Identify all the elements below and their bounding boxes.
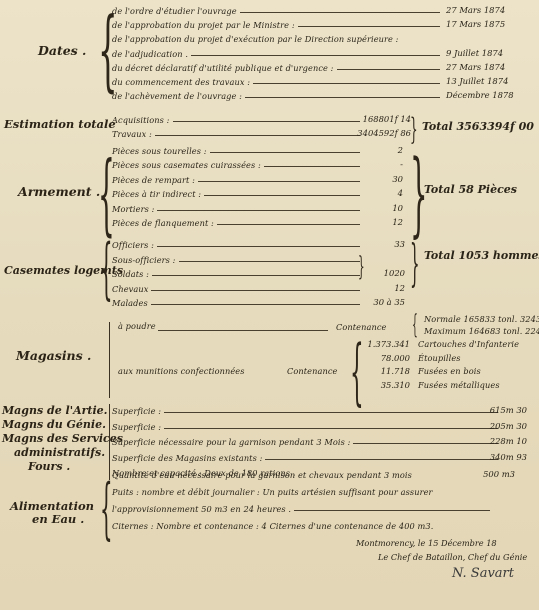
magasins-munitions-label: aux munitions confectionnées: [118, 366, 245, 376]
fill-line: [179, 261, 360, 262]
casemates-value: 33: [394, 239, 405, 249]
alimentation-label: Citernes : Nombre et contenance : 4 Cite…: [112, 521, 436, 531]
casemates-label: Sous-officiers :: [112, 255, 179, 265]
services-bracket-line: [109, 404, 110, 480]
armement-row: Mortiers :: [112, 202, 360, 214]
munitions-count: 78.000: [381, 353, 410, 363]
fill-line: [191, 55, 440, 56]
fill-line: [151, 304, 360, 305]
services-row: Superficie :: [112, 404, 498, 416]
munitions-type: Fusées métalliques: [418, 380, 500, 390]
services-value: 615m 30: [490, 405, 527, 415]
date-label: de l'ordre d'étudier l'ouvrage: [112, 6, 240, 16]
services-category-line: administratifs.: [14, 446, 105, 459]
fill-line: [253, 83, 440, 84]
estimation-row: Travaux :: [112, 127, 360, 139]
estimation-row: Acquisitions :: [112, 113, 360, 125]
fill-line: [245, 97, 440, 98]
fill-line: [298, 26, 440, 27]
armement-value: -: [400, 159, 403, 169]
date-row: de l'achèvement de l'ouvrage :: [112, 89, 440, 101]
fill-line: [265, 459, 498, 460]
casemates-value: 1020: [384, 268, 405, 278]
date-value: 27 Mars 1874: [446, 62, 505, 72]
date-label: de l'approbation du projet par le Minist…: [112, 20, 298, 30]
poudre-value-row: Maximum 164683 tonl. 224: [424, 326, 539, 336]
place-date: Montmorency, le 15 Décembre 18: [356, 538, 497, 548]
fill-line: [217, 224, 360, 225]
magasins-munitions-contenance: Contenance: [287, 366, 337, 376]
magasins-poudre-line: [158, 330, 328, 331]
armement-row: Pièces de rempart :: [112, 173, 360, 185]
date-row: du décret déclaratif d'utilité publique …: [112, 61, 440, 73]
armement-label: Mortiers :: [112, 204, 157, 214]
date-row: de l'approbation du projet d'exécution p…: [112, 32, 440, 44]
alimentation-value: 500 m3: [483, 469, 515, 479]
services-category-line: Magns de l'Artie.: [2, 404, 108, 417]
alimentation-label: Quantité d'eau nécessaire pour la garnis…: [112, 470, 415, 480]
brace-alimentation: {: [100, 476, 113, 542]
fill-line: [198, 181, 360, 182]
armement-value: 2: [398, 145, 403, 155]
fill-line: [157, 246, 360, 247]
date-row: du commencement des travaux :: [112, 75, 440, 87]
date-row: de l'adjudication .: [112, 47, 440, 59]
brace-sous-officiers-soldats: }: [358, 254, 365, 280]
casemates-row: Officiers :: [112, 238, 360, 250]
services-label: Superficie :: [112, 422, 164, 432]
casemates-row: Sous-officiers :: [112, 253, 360, 265]
casemates-value: 30 à 35: [373, 297, 405, 307]
date-label: de l'achèvement de l'ouvrage :: [112, 91, 245, 101]
date-row: de l'approbation du projet par le Minist…: [112, 18, 440, 30]
armement-label: Pièces de rempart :: [112, 175, 198, 185]
alimentation-row: Quantité d'eau nécessaire pour la garnis…: [112, 468, 490, 480]
munitions-type: Fusées en bois: [418, 366, 481, 376]
category-estimation: Estimation totale: [4, 118, 116, 131]
services-value: 205m 30: [490, 421, 527, 431]
services-label: Superficie des Magasins existants :: [112, 453, 265, 463]
casemates-total: Total 1053 hommes: [424, 249, 539, 262]
services-value: 340m 93: [490, 452, 527, 462]
casemates-label: Malades: [112, 298, 151, 308]
armement-value: 4: [398, 188, 403, 198]
alimentation-row: Citernes : Nombre et contenance : 4 Cite…: [112, 519, 490, 531]
casemates-label: Chevaux: [112, 284, 151, 294]
brace-casemates-total: }: [410, 238, 420, 288]
fill-line: [204, 195, 360, 196]
services-label: Superficie nécessaire pour la garnison p…: [112, 437, 353, 447]
fill-line: [152, 275, 360, 276]
services-row: Superficie :: [112, 420, 498, 432]
munitions-type: Cartouches d'Infanterie: [418, 339, 519, 349]
category-dates: Dates .: [38, 44, 86, 57]
services-category-line: Magns du Génie.: [2, 418, 106, 431]
fill-line: [294, 510, 490, 511]
munitions-count: 1.373.341: [367, 339, 410, 349]
armement-label: Pièces à tir indirect :: [112, 189, 204, 199]
brace-poudre: {: [412, 312, 418, 338]
date-value: Décembre 1878: [446, 90, 514, 100]
fill-line: [264, 166, 360, 167]
fill-line: [157, 210, 360, 211]
armement-value: 30: [392, 174, 403, 184]
estimation-total: Total 3563394f 00: [422, 120, 534, 133]
estimation-value: 3404592f 86: [357, 128, 411, 138]
armement-label: Pièces sous tourelles :: [112, 146, 210, 156]
estimation-label: Acquisitions :: [112, 115, 173, 125]
armement-row: Pièces sous casemates cuirassées :: [112, 158, 360, 170]
estimation-value: 168801f 14: [363, 114, 411, 124]
signature: N. Savart: [452, 566, 514, 581]
armement-row: Pièces de flanquement :: [112, 216, 360, 228]
munitions-type: Étoupilles: [418, 353, 461, 363]
casemates-row: Chevaux: [112, 282, 360, 294]
date-row: de l'ordre d'étudier l'ouvrage: [112, 4, 440, 16]
fill-line: [353, 443, 498, 444]
category-magasins: Magasins .: [16, 349, 91, 362]
armement-row: Pièces à tir indirect :: [112, 187, 360, 199]
estimation-label: Travaux :: [112, 129, 155, 139]
date-value: 9 Juillet 1874: [446, 48, 503, 58]
casemates-value: 12: [394, 283, 405, 293]
document-page: Dates . { de l'ordre d'étudier l'ouvrage…: [0, 0, 539, 610]
brace-casemates: {: [100, 236, 113, 302]
fill-line: [210, 152, 360, 153]
date-value: 17 Mars 1875: [446, 19, 505, 29]
fill-line: [240, 12, 440, 13]
fill-line: [164, 412, 498, 413]
alimentation-row: l'approvisionnement 50 m3 en 24 heures .: [112, 502, 490, 514]
category-armement: Armement .: [18, 185, 100, 198]
date-label: du commencement des travaux :: [112, 77, 253, 87]
date-label: de l'adjudication .: [112, 49, 191, 59]
armement-value: 12: [392, 217, 403, 227]
armement-value: 10: [392, 203, 403, 213]
services-category-line: Fours .: [28, 460, 70, 473]
magasins-bracket-line: [109, 322, 110, 398]
brace-munitions: {: [350, 335, 364, 407]
services-category-line: Magns des Services: [2, 432, 123, 445]
casemates-row: Soldats :: [112, 267, 360, 279]
alimentation-label: l'approvisionnement 50 m3 en 24 heures .: [112, 504, 294, 514]
date-value: 27 Mars 1874: [446, 5, 505, 15]
armement-total: Total 58 Pièces: [424, 183, 517, 196]
services-value: 228m 10: [490, 436, 527, 446]
services-row: Superficie des Magasins existants :: [112, 451, 498, 463]
casemates-row: Malades: [112, 296, 360, 308]
munitions-count: 35.310: [381, 380, 410, 390]
alimentation-label: Puits : nombre et débit journalier : Un …: [112, 487, 436, 497]
armement-row: Pièces sous tourelles :: [112, 144, 360, 156]
magasins-poudre-label: à poudre: [118, 321, 156, 331]
services-row: Superficie nécessaire pour la garnison p…: [112, 435, 498, 447]
armement-label: Pièces sous casemates cuirassées :: [112, 160, 264, 170]
signatory-role: Le Chef de Bataillon, Chef du Génie: [378, 552, 527, 562]
date-label: du décret déclaratif d'utilité publique …: [112, 63, 337, 73]
alimentation-row: Puits : nombre et débit journalier : Un …: [112, 485, 490, 497]
casemates-label: Officiers :: [112, 240, 157, 250]
date-label: de l'approbation du projet d'exécution p…: [112, 34, 402, 44]
casemates-label: Soldats :: [112, 269, 152, 279]
poudre-value-row: Normale 165833 tonl. 3243: [424, 314, 539, 324]
munitions-count: 11.718: [381, 366, 410, 376]
alimentation-category-line: en Eau .: [32, 513, 84, 526]
armement-label: Pièces de flanquement :: [112, 218, 217, 228]
fill-line: [155, 135, 360, 136]
services-label: Superficie :: [112, 406, 164, 416]
fill-line: [151, 290, 360, 291]
date-value: 13 Juillet 1874: [446, 76, 508, 86]
fill-line: [164, 428, 498, 429]
fill-line: [337, 69, 440, 70]
fill-line: [173, 121, 360, 122]
